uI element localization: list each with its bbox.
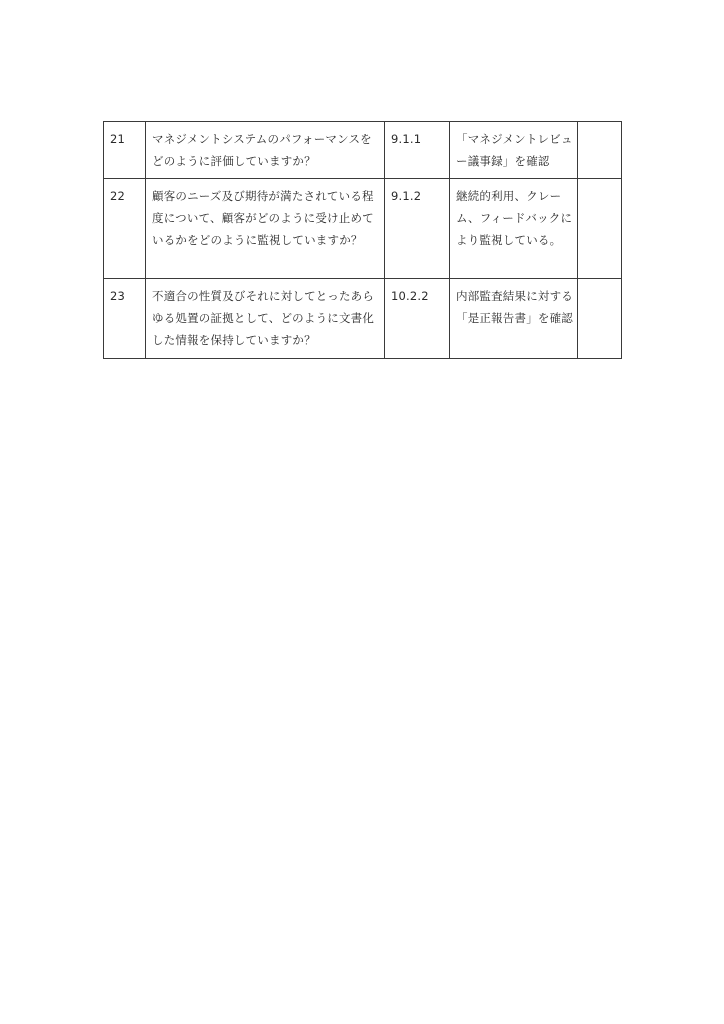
audit-checklist-table: 21 マネジメントシステムのパフォーマンスをどのように評価していますか？ 9.1… [103, 121, 622, 359]
evidence-cell: 「マネジメントレビュー議事録」を確認 [450, 122, 578, 179]
question-cell: 顧客のニーズ及び期待が満たされている程度について、顧客がどのように受け止めている… [146, 179, 385, 279]
evidence-cell: 内部監査結果に対する「是正報告書」を確認 [450, 279, 578, 359]
item-number-cell: 23 [104, 279, 146, 359]
remarks-cell [578, 122, 622, 179]
clause-cell: 9.1.2 [385, 179, 450, 279]
item-number-cell: 22 [104, 179, 146, 279]
document-page: 21 マネジメントシステムのパフォーマンスをどのように評価していますか？ 9.1… [0, 0, 724, 1024]
clause-cell: 10.2.2 [385, 279, 450, 359]
table-row: 23 不適合の性質及びそれに対してとったあらゆる処置の証拠として、どのように文書… [104, 279, 622, 359]
clause-cell: 9.1.1 [385, 122, 450, 179]
item-number-cell: 21 [104, 122, 146, 179]
question-cell: マネジメントシステムのパフォーマンスをどのように評価していますか？ [146, 122, 385, 179]
table-row: 22 顧客のニーズ及び期待が満たされている程度について、顧客がどのように受け止め… [104, 179, 622, 279]
table-row: 21 マネジメントシステムのパフォーマンスをどのように評価していますか？ 9.1… [104, 122, 622, 179]
remarks-cell [578, 179, 622, 279]
evidence-cell: 継続的利用、クレーム、フィードバックにより監視している。 [450, 179, 578, 279]
remarks-cell [578, 279, 622, 359]
question-cell: 不適合の性質及びそれに対してとったあらゆる処置の証拠として、どのように文書化した… [146, 279, 385, 359]
